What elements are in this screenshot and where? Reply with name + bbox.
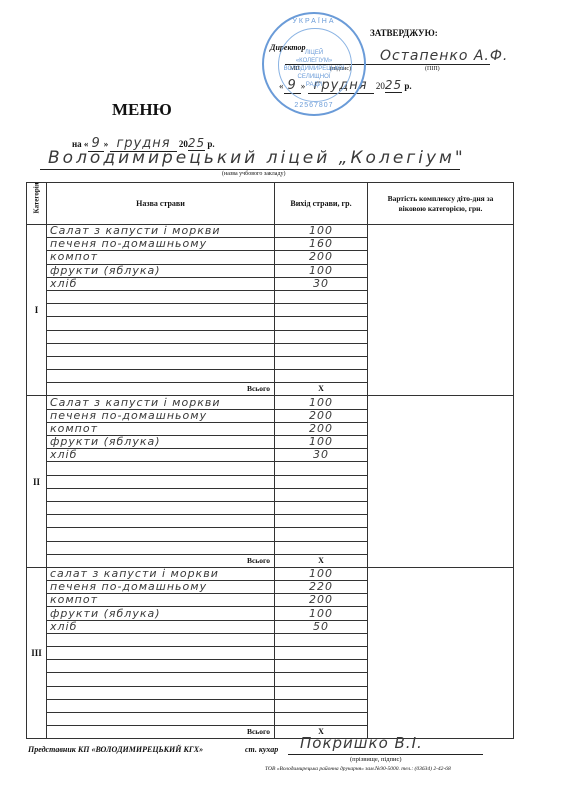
table-row: IСалат з капусти і моркви100 xyxy=(27,225,514,238)
total-label: Всього xyxy=(47,383,275,396)
dish-output-cell: 200 xyxy=(275,409,368,422)
category-cell: I xyxy=(27,225,47,396)
dish-name-cell xyxy=(47,528,275,541)
dish-output-cell xyxy=(275,343,368,356)
dish-output-cell xyxy=(275,633,368,646)
dish-name-cell: хліб xyxy=(47,277,275,290)
dish-output-cell xyxy=(275,660,368,673)
dish-name-cell xyxy=(47,712,275,725)
dish-name-cell: хліб xyxy=(47,449,275,462)
cook-caption: (прізвище, підпис) xyxy=(350,756,402,763)
dish-name-cell xyxy=(47,343,275,356)
dish-output-cell xyxy=(275,647,368,660)
dish-name-cell xyxy=(47,673,275,686)
stamp-code: 22567807 xyxy=(264,102,364,109)
dish-name-cell: фрукти (яблука) xyxy=(47,436,275,449)
representative-label: Представник КП «ВОЛОДИМИРЕЦЬКИЙ КГХ» xyxy=(28,745,203,754)
dish-name-cell xyxy=(47,356,275,369)
dish-name-cell xyxy=(47,370,275,383)
dish-name-cell: Салат з капусти і моркви xyxy=(47,225,275,238)
dish-name-cell: компот xyxy=(47,251,275,264)
dish-name-cell xyxy=(47,488,275,501)
dish-output-cell xyxy=(275,290,368,303)
dish-name-cell xyxy=(47,515,275,528)
dish-name-cell xyxy=(47,633,275,646)
institution-name: Володимирецький ліцей „Колегіум" xyxy=(48,148,466,168)
dish-output-cell xyxy=(275,501,368,514)
printer-info: ТОВ «Володимирецька районна друкарня» за… xyxy=(265,766,451,772)
dish-output-cell xyxy=(275,699,368,712)
institution-caption: (назва учбового закладу) xyxy=(222,171,286,177)
dish-name-cell: хліб xyxy=(47,620,275,633)
dish-name-cell xyxy=(47,541,275,554)
approval-year-label: р. xyxy=(404,81,411,91)
dish-name-cell: Салат з капусти і моркви xyxy=(47,396,275,409)
menu-table: Категорія Назва страви Вихід страви, гр.… xyxy=(26,182,514,739)
pib-caption: (ПІП) xyxy=(425,66,440,72)
cost-cell xyxy=(368,396,514,567)
dish-name-cell xyxy=(47,501,275,514)
dish-output-cell xyxy=(275,370,368,383)
total-mark: X xyxy=(275,383,368,396)
dish-output-cell xyxy=(275,356,368,369)
dish-name-cell: фрукти (яблука) xyxy=(47,264,275,277)
dish-name-cell xyxy=(47,290,275,303)
dish-output-cell: 160 xyxy=(275,238,368,251)
dish-output-cell xyxy=(275,515,368,528)
director-name: Остапенко А.Ф. xyxy=(380,48,508,64)
dish-output-cell xyxy=(275,475,368,488)
dish-output-cell: 30 xyxy=(275,449,368,462)
institution-line xyxy=(40,169,460,170)
total-label: Всього xyxy=(47,726,275,739)
cost-cell xyxy=(368,225,514,396)
dish-name-cell xyxy=(47,330,275,343)
dish-name-cell xyxy=(47,304,275,317)
dish-name-cell: печеня по-домашньому xyxy=(47,238,275,251)
total-mark: X xyxy=(275,554,368,567)
cook-signature-line xyxy=(288,754,483,755)
stamp-line2: «КОЛЕГІУМ» xyxy=(264,58,364,64)
dish-output-cell xyxy=(275,488,368,501)
dish-name-cell: печеня по-домашньому xyxy=(47,409,275,422)
stamp-country: УКРАЇНА xyxy=(264,18,364,25)
dish-output-cell xyxy=(275,330,368,343)
category-cell: III xyxy=(27,567,47,738)
dish-output-cell xyxy=(275,673,368,686)
column-header-cost: Вартість комплексу діто-дня за віковою к… xyxy=(368,183,514,225)
category-cell: II xyxy=(27,396,47,567)
stamp-line1: ЛІЦЕЙ xyxy=(264,50,364,56)
dish-name-cell xyxy=(47,660,275,673)
dish-name-cell xyxy=(47,475,275,488)
approval-year: 25 xyxy=(385,78,402,93)
dish-name-cell xyxy=(47,699,275,712)
column-header-category: Категорія xyxy=(27,183,47,225)
dish-output-cell xyxy=(275,462,368,475)
table-row: IIСалат з капусти і моркви100 xyxy=(27,396,514,409)
dish-name-cell: фрукти (яблука) xyxy=(47,607,275,620)
dish-output-cell: 100 xyxy=(275,567,368,580)
menu-table-body: IСалат з капусти і моркви100печеня по-до… xyxy=(27,225,514,739)
cost-cell xyxy=(368,567,514,738)
table-row: IIIсалат з капусти і моркви100 xyxy=(27,567,514,580)
approval-year-prefix: 20 xyxy=(376,81,385,91)
dish-name-cell xyxy=(47,462,275,475)
dish-output-cell xyxy=(275,304,368,317)
official-stamp: УКРАЇНА ЛІЦЕЙ «КОЛЕГІУМ» ВОЛОДИМИРЕЦЬКОЇ… xyxy=(262,12,366,116)
stamp-line5: РАДИ xyxy=(264,82,364,88)
stamp-line3: ВОЛОДИМИРЕЦЬКОЇ xyxy=(264,66,364,72)
dish-output-cell: 100 xyxy=(275,396,368,409)
dish-output-cell xyxy=(275,528,368,541)
dish-output-cell xyxy=(275,317,368,330)
dish-output-cell: 30 xyxy=(275,277,368,290)
dish-name-cell xyxy=(47,647,275,660)
dish-output-cell: 200 xyxy=(275,422,368,435)
dish-output-cell: 200 xyxy=(275,251,368,264)
page-title: МЕНЮ xyxy=(112,100,172,120)
dish-output-cell: 50 xyxy=(275,620,368,633)
dish-name-cell xyxy=(47,317,275,330)
dish-name-cell: печеня по-домашньому xyxy=(47,581,275,594)
dish-name-cell: компот xyxy=(47,594,275,607)
stamp-line4: СЕЛИЩНОЇ xyxy=(264,74,364,80)
approval-heading: ЗАТВЕРДЖУЮ: xyxy=(370,28,438,38)
dish-output-cell xyxy=(275,541,368,554)
column-header-dish: Назва страви xyxy=(47,183,275,225)
dish-name-cell xyxy=(47,686,275,699)
dish-output-cell: 100 xyxy=(275,264,368,277)
dish-name-cell: салат з капусти і моркви xyxy=(47,567,275,580)
total-label: Всього xyxy=(47,554,275,567)
dish-name-cell: компот xyxy=(47,422,275,435)
dish-output-cell xyxy=(275,712,368,725)
dish-output-cell: 100 xyxy=(275,225,368,238)
dish-output-cell: 100 xyxy=(275,436,368,449)
column-header-output: Вихід страви, гр. xyxy=(275,183,368,225)
dish-output-cell: 200 xyxy=(275,594,368,607)
dish-output-cell xyxy=(275,686,368,699)
cook-name: Покришко В.І. xyxy=(300,734,423,752)
dish-output-cell: 220 xyxy=(275,581,368,594)
cook-label: ст. кухар xyxy=(245,745,278,754)
dish-output-cell: 100 xyxy=(275,607,368,620)
